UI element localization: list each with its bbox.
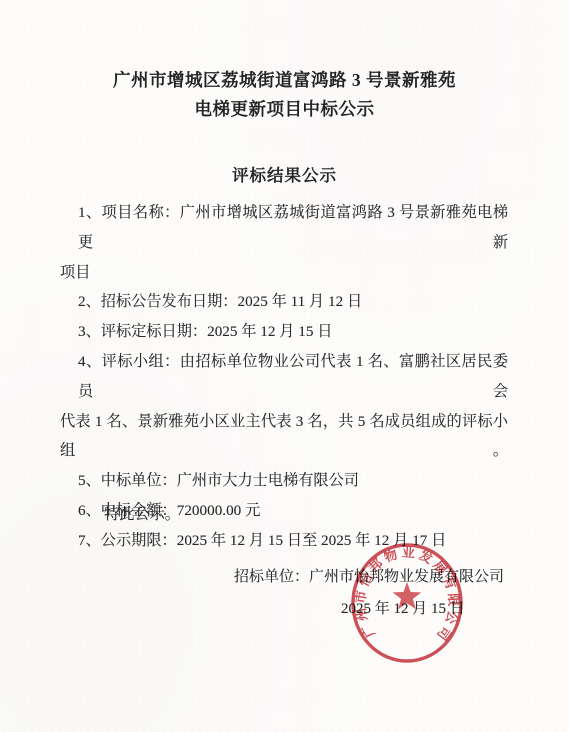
announcement-body: 1、项目名称：广州市增城区荔城街道富鸿路 3 号景新雅苑电梯更新 项目 2、招标…: [60, 198, 508, 556]
item-4-evaluation-panel-line-1: 4、评标小组：由招标单位物业公司代表 1 名、富鹏社区居民委员会: [60, 347, 508, 407]
item-1-project-name-line-2: 项目: [60, 258, 508, 288]
stamp-star-icon: [393, 582, 422, 609]
scanned-announcement-page: 广州市增城区荔城街道富鸿路 3 号景新雅苑 电梯更新项目中标公示 评标结果公示 …: [0, 0, 569, 732]
document-title: 广州市增城区荔城街道富鸿路 3 号景新雅苑 电梯更新项目中标公示: [0, 66, 569, 124]
item-5-winning-bidder: 5、中标单位：广州市大力士电梯有限公司: [60, 466, 508, 496]
item-3-evaluation-date: 3、评标定标日期：2025 年 12 月 15 日: [60, 317, 508, 347]
company-seal-stamp: 广州市怡邦物业发展有限公司: [345, 538, 469, 670]
closing-statement: 特此公示。: [104, 504, 180, 526]
item-1-project-name-line-1: 1、项目名称：广州市增城区荔城街道富鸿路 3 号景新雅苑电梯更新: [60, 198, 508, 258]
item-4-evaluation-panel-line-2: 代表 1 名、景新雅苑小区业主代表 3 名，共 5 名成员组成的评标小组。: [60, 407, 508, 467]
item-2-tender-notice-date: 2、招标公告发布日期：2025 年 11 月 12 日: [60, 287, 508, 317]
document-title-line-1: 广州市增城区荔城街道富鸿路 3 号景新雅苑: [0, 66, 569, 95]
document-title-line-2: 电梯更新项目中标公示: [0, 95, 569, 124]
section-heading-evaluation-result: 评标结果公示: [0, 164, 569, 188]
